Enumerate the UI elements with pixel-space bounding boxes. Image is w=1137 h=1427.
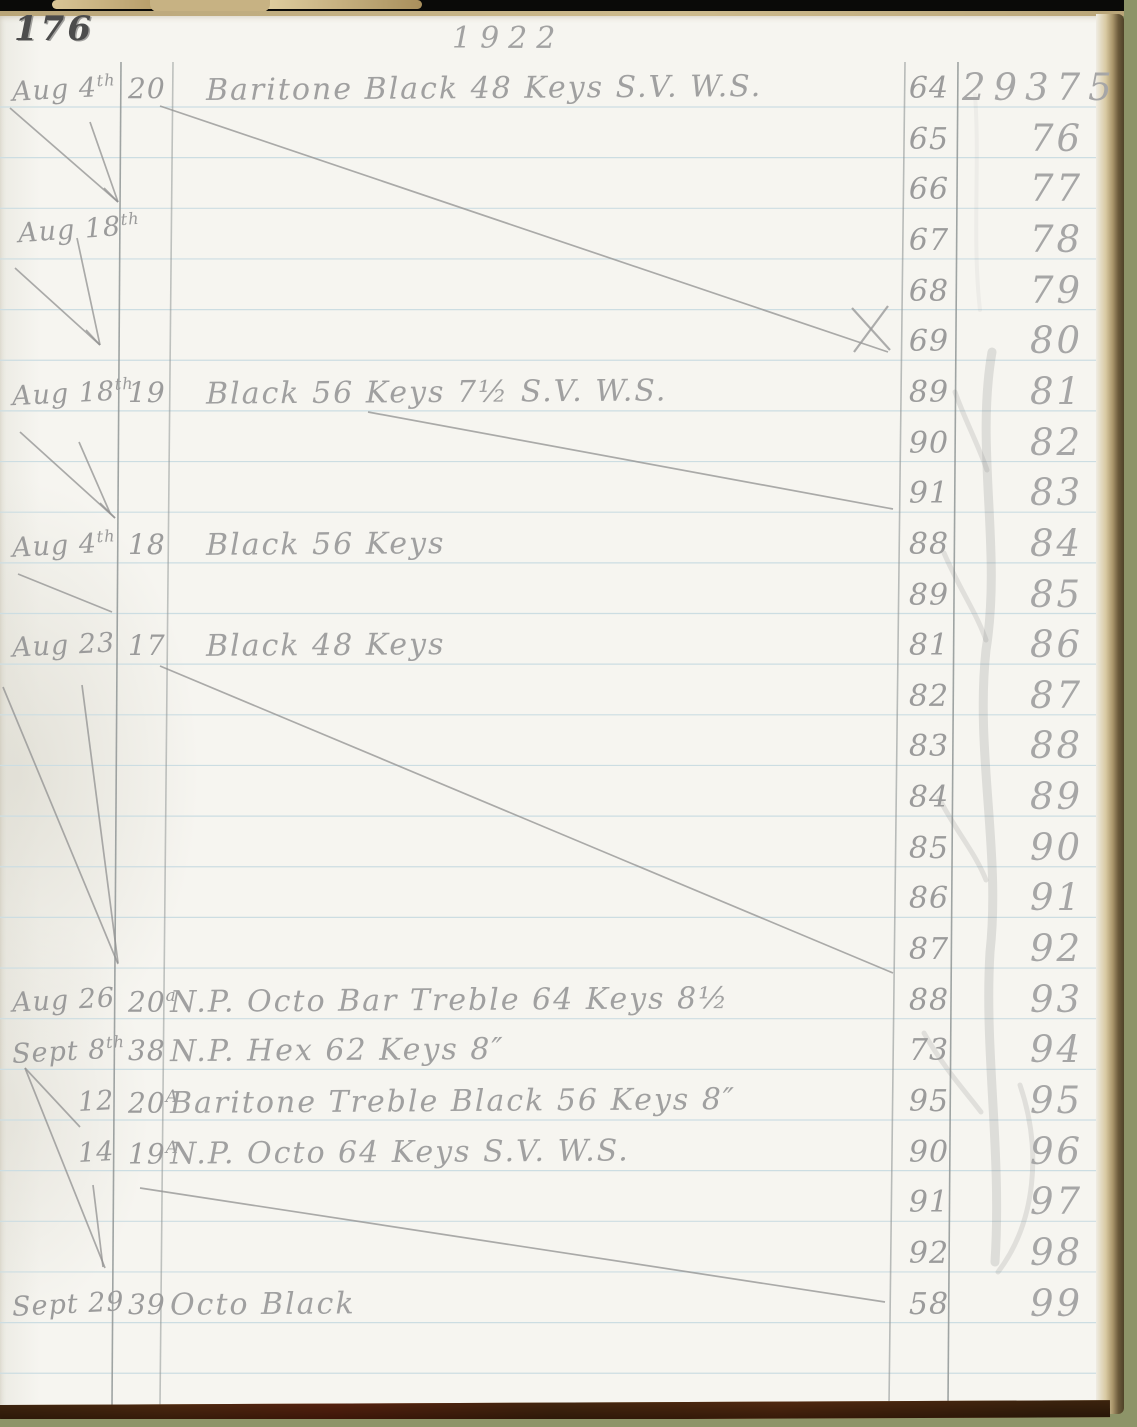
order-number: 93 <box>1030 981 1083 1018</box>
order-number: 89 <box>1030 778 1083 815</box>
x-check-mark <box>852 306 890 352</box>
order-number: 92 <box>1030 930 1083 967</box>
serial-number: 88 <box>903 530 955 560</box>
order-number: 82 <box>1030 424 1083 461</box>
serial-number: 69 <box>903 327 955 357</box>
entry-description: N.P. Octo Bar Treble 64 Keys 8½ <box>170 984 729 1018</box>
entry-date: Aug 23 <box>11 629 115 661</box>
serial-number: 67 <box>903 226 955 256</box>
entry-description: Black 48 Keys <box>206 630 446 662</box>
order-number: 85 <box>1030 576 1083 613</box>
order-number: 91 <box>1030 879 1083 916</box>
page-top-edge <box>0 11 1137 16</box>
entry-date: Aug 4th <box>11 528 116 561</box>
serial-number: 73 <box>903 1036 955 1066</box>
serial-number: 58 <box>903 1290 955 1320</box>
entry-description: Octo Black <box>170 1289 356 1320</box>
entry-count: 39 <box>128 1291 166 1319</box>
serial-number: 68 <box>903 277 955 307</box>
entry-count: 17 <box>128 632 166 660</box>
pencil-strike-lines <box>3 106 893 1302</box>
order-number: 78 <box>1030 221 1083 258</box>
order-number: 86 <box>1030 626 1083 663</box>
serial-number: 87 <box>903 935 955 965</box>
order-number: 79 <box>1030 272 1083 309</box>
serial-number: 92 <box>903 1239 955 1269</box>
page-number: 176 <box>14 12 94 46</box>
year-heading: 1922 <box>452 24 564 54</box>
order-number: 95 <box>1030 1082 1083 1119</box>
order-number: 90 <box>1030 829 1083 866</box>
serial-number: 86 <box>903 884 955 914</box>
serial-number: 66 <box>903 175 955 205</box>
entry-date: Aug 26 <box>11 984 115 1016</box>
serial-number: 90 <box>903 429 955 459</box>
order-number: 94 <box>1030 1031 1083 1068</box>
serial-number: 84 <box>903 783 955 813</box>
order-number: 87 <box>1030 677 1083 714</box>
serial-number: 91 <box>903 1188 955 1218</box>
serial-number: 64 <box>903 74 955 104</box>
serial-number: 89 <box>903 581 955 611</box>
order-number: 99 <box>1030 1285 1083 1322</box>
serial-number: 88 <box>903 986 955 1016</box>
entry-description: N.P. Hex 62 Keys 8″ <box>170 1035 505 1067</box>
order-number: 76 <box>1030 120 1083 157</box>
order-number: 83 <box>1030 474 1083 511</box>
ruled-lines-layer <box>0 0 1137 1427</box>
serial-number: 90 <box>903 1138 955 1168</box>
order-number: 77 <box>1030 170 1083 207</box>
entry-count: 20 <box>128 75 166 103</box>
entry-date: Aug 4th <box>11 72 116 105</box>
entry-date: Sept 29 <box>11 1288 125 1321</box>
entry-date: 14 <box>77 1138 115 1167</box>
serial-number: 65 <box>903 125 955 155</box>
entry-description: Baritone Black 48 Keys S.V. W.S. <box>206 72 762 106</box>
order-number: 29375 <box>962 69 1120 106</box>
serial-number: 85 <box>903 834 955 864</box>
page-stack-edge <box>1096 14 1124 1414</box>
order-number: 96 <box>1030 1133 1083 1170</box>
order-number: 81 <box>1030 373 1083 410</box>
entry-date: 12 <box>77 1087 115 1116</box>
order-number: 88 <box>1030 727 1083 764</box>
entry-description: Black 56 Keys <box>206 529 446 561</box>
order-number: 80 <box>1030 322 1083 359</box>
entry-description: Black 56 Keys 7½ S.V. W.S. <box>206 376 668 409</box>
order-number: 98 <box>1030 1234 1083 1271</box>
entry-description: N.P. Octo 64 Keys S.V. W.S. <box>170 1136 630 1169</box>
book-top-edge <box>0 0 1137 14</box>
entry-count: 18 <box>128 531 166 559</box>
background-bottom <box>0 1419 1137 1427</box>
serial-number: 83 <box>903 732 955 762</box>
serial-number: 82 <box>903 682 955 712</box>
serial-number: 89 <box>903 378 955 408</box>
order-number: 84 <box>1030 525 1083 562</box>
order-number: 97 <box>1030 1183 1083 1220</box>
serial-number: 81 <box>903 631 955 661</box>
serial-number: 91 <box>903 479 955 509</box>
background-right <box>1124 0 1137 1427</box>
entry-description: Baritone Treble Black 56 Keys 8″ <box>170 1085 736 1119</box>
entry-count: 38 <box>128 1037 166 1065</box>
serial-number: 95 <box>903 1087 955 1117</box>
entry-count: 19 <box>128 379 166 407</box>
